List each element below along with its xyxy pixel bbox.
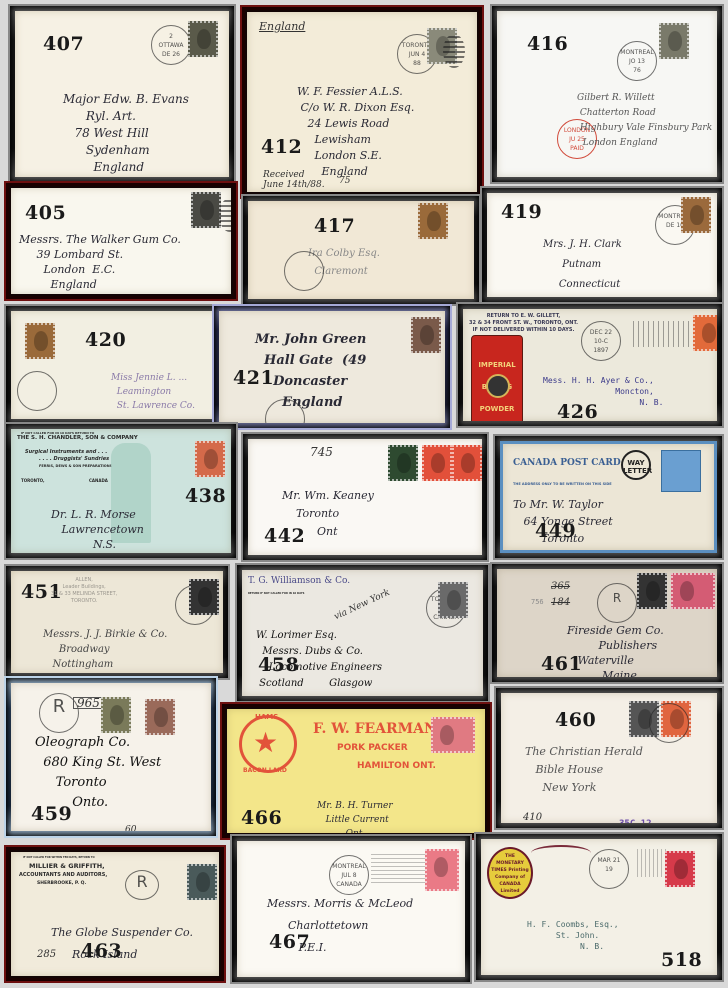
lot-number: 466 xyxy=(241,807,282,829)
stamp-brown xyxy=(145,699,175,735)
cover-lot-405[interactable]: 405 Messrs. The Walker Gum Co. 39 Lombar… xyxy=(4,181,238,301)
company-line-2: Surgical Instruments and . . . xyxy=(25,449,107,455)
address: The Christian Herald Bible House New Yor… xyxy=(525,743,643,797)
note-top: England xyxy=(259,22,305,32)
envelope: 420 Miss Jennie L. ... Leamington St. La… xyxy=(11,311,227,419)
logo-text-top: HAMS xyxy=(255,713,278,721)
envelope: 365 184 756 R Fireside Gem Co. Publisher… xyxy=(497,569,717,677)
address: Messrs. J. J. Birkie & Co. Broadway Nott… xyxy=(43,627,167,672)
stamp-green xyxy=(388,445,418,481)
stamp xyxy=(659,23,689,59)
cover-lot-420[interactable]: 420 Miss Jennie L. ... Leamington St. La… xyxy=(4,304,234,426)
stamp-vermilion xyxy=(422,445,452,481)
envelope: 460 The Christian Herald Bible House New… xyxy=(501,693,717,823)
trade: PORK PACKER xyxy=(337,743,408,753)
company-line-4: FERRIS, DEWS & SON PREPARATIONS xyxy=(39,464,112,468)
company-sub: ACCOUNTANTS AND AUDITORS, xyxy=(19,872,107,878)
address: Mr. B. H. Turner Little Current Ont xyxy=(317,799,393,833)
address: Major Edw. B. Evans Ryl. Art. 78 West Hi… xyxy=(63,91,189,176)
address: Messrs. The Walker Gum Co. 39 Lombard St… xyxy=(19,232,181,292)
address: Oleograph Co. 680 King St. West Toronto … xyxy=(35,733,161,813)
envelope: 405 Messrs. The Walker Gum Co. 39 Lombar… xyxy=(11,188,231,294)
company-name: THE S. H. CHANDLER, SON & COMPANY xyxy=(17,435,138,441)
address: Gilbert R. Willett Chatterton Road Highb… xyxy=(577,91,712,151)
envelope: MONTREALJUL 8CANADA Messrs. Morris & McL… xyxy=(237,841,465,977)
envelope: IF NOT CALLED FOR IN 10 DAYS RETURN TO T… xyxy=(11,429,231,553)
post-card: CANADA POST CARD WAY LETTER THE ADDRESS … xyxy=(500,441,717,553)
stamp-olive xyxy=(101,697,131,733)
pencil-number: 756 xyxy=(531,597,544,608)
way-letter-cancel: WAY LETTER xyxy=(621,450,651,480)
lot-number: 419 xyxy=(501,201,542,223)
lot-number: 458 xyxy=(258,654,299,676)
stamp xyxy=(411,317,441,353)
envelope: ★ HAMS BACON LARD F. W. FEARMAN PORK PAC… xyxy=(227,709,485,833)
envelope: 745 Mr. Wm. Keaney Toronto Ont 442 xyxy=(248,439,482,555)
envelope: 451 ALLEN, Leader Buildings, 31 & 33 MEL… xyxy=(11,571,223,673)
cover-lot-407[interactable]: 407 2OTTAWADE 26 Major Edw. B. Evans Ryl… xyxy=(8,4,236,184)
queen-medallion xyxy=(486,374,510,398)
postmark xyxy=(284,251,324,291)
cover-lot-466[interactable]: ★ HAMS BACON LARD F. W. FEARMAN PORK PAC… xyxy=(220,702,492,840)
routing-note: via New York xyxy=(333,588,392,623)
envelope: IF NOT CALLED FOR WITHIN TEN DAYS, RETUR… xyxy=(11,852,219,976)
corner-card: RETURN TO E. W. GILLETT, 32 & 34 FRONT S… xyxy=(469,313,578,334)
stamp-vermilion xyxy=(452,445,482,481)
envelope: 419 MONTREALDE 10 Mrs. J. H. Clark Putna… xyxy=(487,193,717,297)
lot-number: 463 xyxy=(81,940,122,962)
address: Mrs. J. H. Clark Putnam Connecticut xyxy=(543,235,622,295)
card-instruction: THE ADDRESS ONLY TO BE WRITTEN ON THIS S… xyxy=(513,482,612,486)
stamp xyxy=(187,864,217,900)
cover-lot-458[interactable]: T. G. Williamson & Co. RETURN IF NOT CAL… xyxy=(235,563,490,703)
cover-lot-442[interactable]: 745 Mr. Wm. Keaney Toronto Ont 442 xyxy=(241,432,489,562)
lot-number: 460 xyxy=(555,709,596,731)
cover-lot-451[interactable]: 451 ALLEN, Leader Buildings, 31 & 33 MEL… xyxy=(4,564,230,680)
lot-number: 412 xyxy=(261,136,302,158)
logo-text: THE MONETARY TIMES Printing Company of C… xyxy=(491,853,529,895)
flag-cancel xyxy=(371,853,431,883)
monetary-times-logo: THE MONETARY TIMES Printing Company of C… xyxy=(487,847,533,899)
lot-number: 449 xyxy=(535,520,576,542)
indicium xyxy=(661,450,701,492)
star-icon: ★ xyxy=(253,728,278,758)
cover-lot-518[interactable]: THE MONETARY TIMES Printing Company of C… xyxy=(474,832,724,982)
registered-cancel: R xyxy=(597,583,637,623)
cover-lot-438[interactable]: IF NOT CALLED FOR IN 10 DAYS RETURN TO T… xyxy=(4,422,238,560)
cover-lot-417[interactable]: 417 Ira Colby Esq. Claremont xyxy=(241,194,481,306)
envelope: R 965 Oleograph Co. 680 King St. West To… xyxy=(11,683,211,831)
lot-number: 416 xyxy=(527,33,568,55)
postmark: MAR 2119 xyxy=(589,849,629,889)
postmark: 2OTTAWADE 26 xyxy=(151,25,191,65)
postmark: MONTREALJUL 8CANADA xyxy=(329,855,369,895)
envelope: THE MONETARY TIMES Printing Company of C… xyxy=(481,839,717,975)
cover-lot-419[interactable]: 419 MONTREALDE 10 Mrs. J. H. Clark Putna… xyxy=(480,186,724,304)
stamp xyxy=(438,582,468,618)
pencil-note: 745 xyxy=(310,447,333,457)
postmark xyxy=(17,371,57,411)
lot-number: 459 xyxy=(31,803,72,825)
envelope: England TORONTOJUN 488 W. F. Fessier A.L… xyxy=(247,12,477,192)
lot-number: 407 xyxy=(43,33,84,55)
pencil-note: 75 xyxy=(339,176,350,186)
corner-card: ALLEN, Leader Buildings, 31 & 33 MELINDA… xyxy=(51,577,117,605)
lot-number: 461 xyxy=(541,653,582,675)
target-cancel xyxy=(649,703,689,743)
lot-number: 405 xyxy=(25,202,66,224)
baking-powder-can: IMPERIAL BAKING POWDER xyxy=(471,335,523,421)
stamp xyxy=(188,21,218,57)
numeral-cancel xyxy=(443,34,465,68)
company-city: SHERBROOKE, P. Q. xyxy=(37,881,86,886)
lot-number: 426 xyxy=(557,401,598,421)
logo-text-bottom: BACON LARD xyxy=(243,767,287,774)
registration-number: 965 xyxy=(73,697,104,709)
hams-star-logo: ★ xyxy=(239,715,297,773)
address: Dr. L. R. Morse Lawrencetown N.S. xyxy=(51,507,144,552)
city-right: CANADA xyxy=(89,478,108,483)
stamp xyxy=(418,203,448,239)
company-name: MILLIER & GRIFFITH, xyxy=(29,862,105,870)
cover-lot-459[interactable]: R 965 Oleograph Co. 680 King St. West To… xyxy=(4,676,218,838)
corner-note: RETURN IF NOT CALLED FOR IN 10 DAYS xyxy=(248,592,304,595)
corner-card: T. G. Williamson & Co. xyxy=(248,576,350,586)
address: H. F. Coombs, Esq., St. John. N. B. xyxy=(527,919,619,952)
pencil-note: 285 xyxy=(37,950,56,960)
pencil-note: 410 xyxy=(523,813,542,823)
stamp xyxy=(25,323,55,359)
stamp-black xyxy=(637,573,667,609)
lot-number: 420 xyxy=(85,329,126,351)
city: HAMILTON ONT. xyxy=(357,761,436,771)
registered-cancel: R xyxy=(125,870,159,900)
cover-lot-467[interactable]: MONTREALJUL 8CANADA Messrs. Morris & McL… xyxy=(230,834,472,984)
stamp-jubilee xyxy=(431,717,475,753)
cover-lot-461[interactable]: 365 184 756 R Fireside Gem Co. Publisher… xyxy=(490,562,724,684)
envelope: T. G. Williamson & Co. RETURN IF NOT CAL… xyxy=(242,570,483,696)
address: Miss Jennie L. ... Leamington St. Lawren… xyxy=(111,371,195,413)
card-title: CANADA POST CARD xyxy=(513,458,621,468)
lot-number: 421 xyxy=(233,367,274,389)
stamp xyxy=(191,192,221,228)
address: W. F. Fessier A.L.S. C/o W. R. Dixon Esq… xyxy=(297,84,414,180)
envelope: 407 2OTTAWADE 26 Major Edw. B. Evans Ryl… xyxy=(15,11,229,177)
pencil-note: 60 xyxy=(125,825,136,831)
company-line-3: . . . . Druggists' Sundries xyxy=(39,456,109,462)
envelope: Mr. John Green Hall Gate (49 Doncaster E… xyxy=(219,311,445,423)
cover-lot-460[interactable]: 460 The Christian Herald Bible House New… xyxy=(494,686,724,830)
stamp-jubilee xyxy=(425,849,459,891)
city-left: TORONTO, xyxy=(21,478,45,483)
receiving-number: 35C 12 xyxy=(619,819,652,823)
lot-number: 438 xyxy=(185,485,226,507)
lot-number: 442 xyxy=(264,525,305,547)
postmark: DEC 2210-C1897 xyxy=(581,321,621,361)
ribbon-ornament xyxy=(531,845,591,861)
stamp xyxy=(693,315,717,351)
cover-lot-449[interactable]: CANADA POST CARD WAY LETTER THE ADDRESS … xyxy=(493,434,724,560)
envelope: 416 MONTREALJO 1376 LONDONJU 25PAID Gilb… xyxy=(497,11,717,177)
postmark: MONTREALJO 1376 xyxy=(617,41,657,81)
cover-lot-426[interactable]: RETURN TO E. W. GILLETT, 32 & 34 FRONT S… xyxy=(456,302,724,428)
envelope: RETURN TO E. W. GILLETT, 32 & 34 FRONT S… xyxy=(463,309,717,421)
lot-number: 518 xyxy=(661,949,702,971)
stamp xyxy=(189,579,219,615)
stamp xyxy=(195,441,225,477)
lot-number: 417 xyxy=(314,215,355,237)
lot-number: 467 xyxy=(269,931,310,953)
stamp-jubilee xyxy=(671,573,715,609)
received-note: Received June 14th/88. xyxy=(263,170,325,190)
cover-lot-416[interactable]: 416 MONTREALJO 1376 LONDONJU 25PAID Gilb… xyxy=(490,4,724,184)
stamp xyxy=(665,851,695,887)
crossed-numbers: 365 184 xyxy=(551,579,570,611)
cover-lot-412[interactable]: England TORONTOJUN 488 W. F. Fessier A.L… xyxy=(240,5,484,199)
company-name: F. W. FEARMAN xyxy=(313,721,437,737)
corner-card-top: IF NOT CALLED FOR WITHIN TEN DAYS, RETUR… xyxy=(23,856,95,859)
envelope: 417 Ira Colby Esq. Claremont xyxy=(248,201,474,299)
cover-lot-421[interactable]: Mr. John Green Hall Gate (49 Doncaster E… xyxy=(212,304,452,430)
flag-cancel xyxy=(633,321,693,347)
cover-lot-463[interactable]: IF NOT CALLED FOR WITHIN TEN DAYS, RETUR… xyxy=(4,845,226,983)
stamp xyxy=(681,197,711,233)
